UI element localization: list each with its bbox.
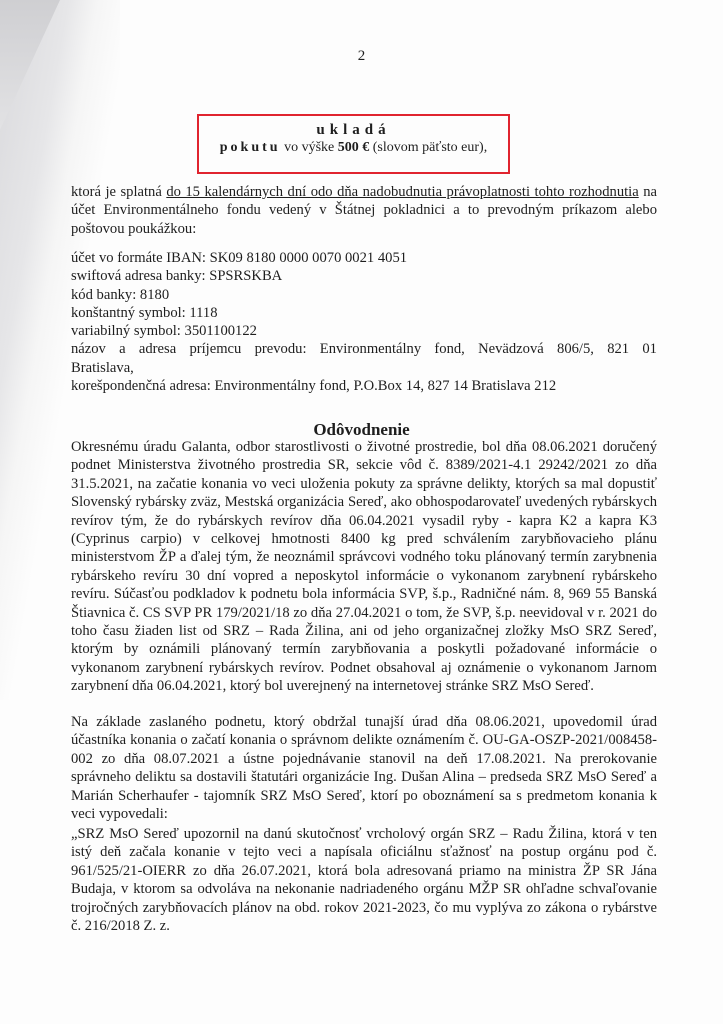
reasoning-text-2: Na základe zaslaného podnetu, ktorý obdr… [71, 713, 657, 823]
fine-amount-words: (slovom päťsto eur), [373, 140, 487, 155]
correspondence-value: Environmentálny fond, P.O.Box 14, 827 14… [214, 378, 556, 394]
recipient-row: názov a adresa príjemcu prevodu: Environ… [71, 340, 657, 377]
swift-label: swiftová adresa banky: [71, 268, 206, 284]
reasoning-paragraph-2: Na základe zaslaného podnetu, ktorý obdr… [71, 713, 657, 823]
reasoning-paragraph-1: Okresnému úradu Galanta, odbor starostli… [71, 438, 657, 696]
payment-deadline: do 15 kalendárnych dní odo dňa nadobudnu… [166, 184, 638, 200]
variable-symbol-value: 3501100122 [185, 323, 257, 339]
fine-decision-box: ukladá pokutu vo výške 500 € (slovom päť… [197, 114, 510, 174]
swift-value: SPSRSKBA [209, 268, 282, 284]
reasoning-heading: Odôvodnenie [0, 420, 723, 440]
reasoning-text-3: „SRZ MsO Sereď upozornil na danú skutočn… [71, 825, 657, 935]
constant-symbol-label: konštantný symbol: [71, 305, 186, 321]
constant-symbol-value: 1118 [189, 305, 217, 321]
recipient-label: názov a adresa príjemcu prevodu: [71, 341, 307, 357]
bank-details: účet vo formáte IBAN: SK09 8180 0000 007… [71, 249, 657, 395]
payment-intro: ktorá je splatná do 15 kalendárnych dní … [71, 183, 657, 238]
bank-code-label: kód banky: [71, 287, 136, 303]
fine-amount-line: pokutu vo výške 500 € (slovom päťsto eur… [199, 140, 508, 156]
variable-symbol-row: variabilný symbol: 3501100122 [71, 322, 657, 340]
iban-label: účet vo formáte IBAN: [71, 250, 206, 266]
constant-symbol-row: konštantný symbol: 1118 [71, 304, 657, 322]
fine-word: pokutu [220, 140, 281, 155]
reasoning-paragraph-3: „SRZ MsO Sereď upozornil na danú skutočn… [71, 825, 657, 935]
correspondence-label: korešpondenčná adresa: [71, 378, 211, 394]
scan-fold-shadow [0, 0, 60, 130]
page-number: 2 [0, 48, 723, 65]
iban-row: účet vo formáte IBAN: SK09 8180 0000 007… [71, 249, 657, 267]
reasoning-text-1: Okresnému úradu Galanta, odbor starostli… [71, 438, 657, 696]
iban-value: SK09 8180 0000 0070 0021 4051 [210, 250, 407, 266]
fine-amount: 500 € [338, 140, 370, 155]
payment-intro-prefix: ktorá je splatná [71, 184, 162, 200]
fine-text-before: vo výške [284, 140, 334, 155]
decision-verb: ukladá [199, 122, 508, 139]
variable-symbol-label: variabilný symbol: [71, 323, 181, 339]
bank-code-row: kód banky: 8180 [71, 286, 657, 304]
swift-row: swiftová adresa banky: SPSRSKBA [71, 267, 657, 285]
bank-code-value: 8180 [140, 287, 169, 303]
correspondence-row: korešpondenčná adresa: Environmentálny f… [71, 377, 657, 395]
